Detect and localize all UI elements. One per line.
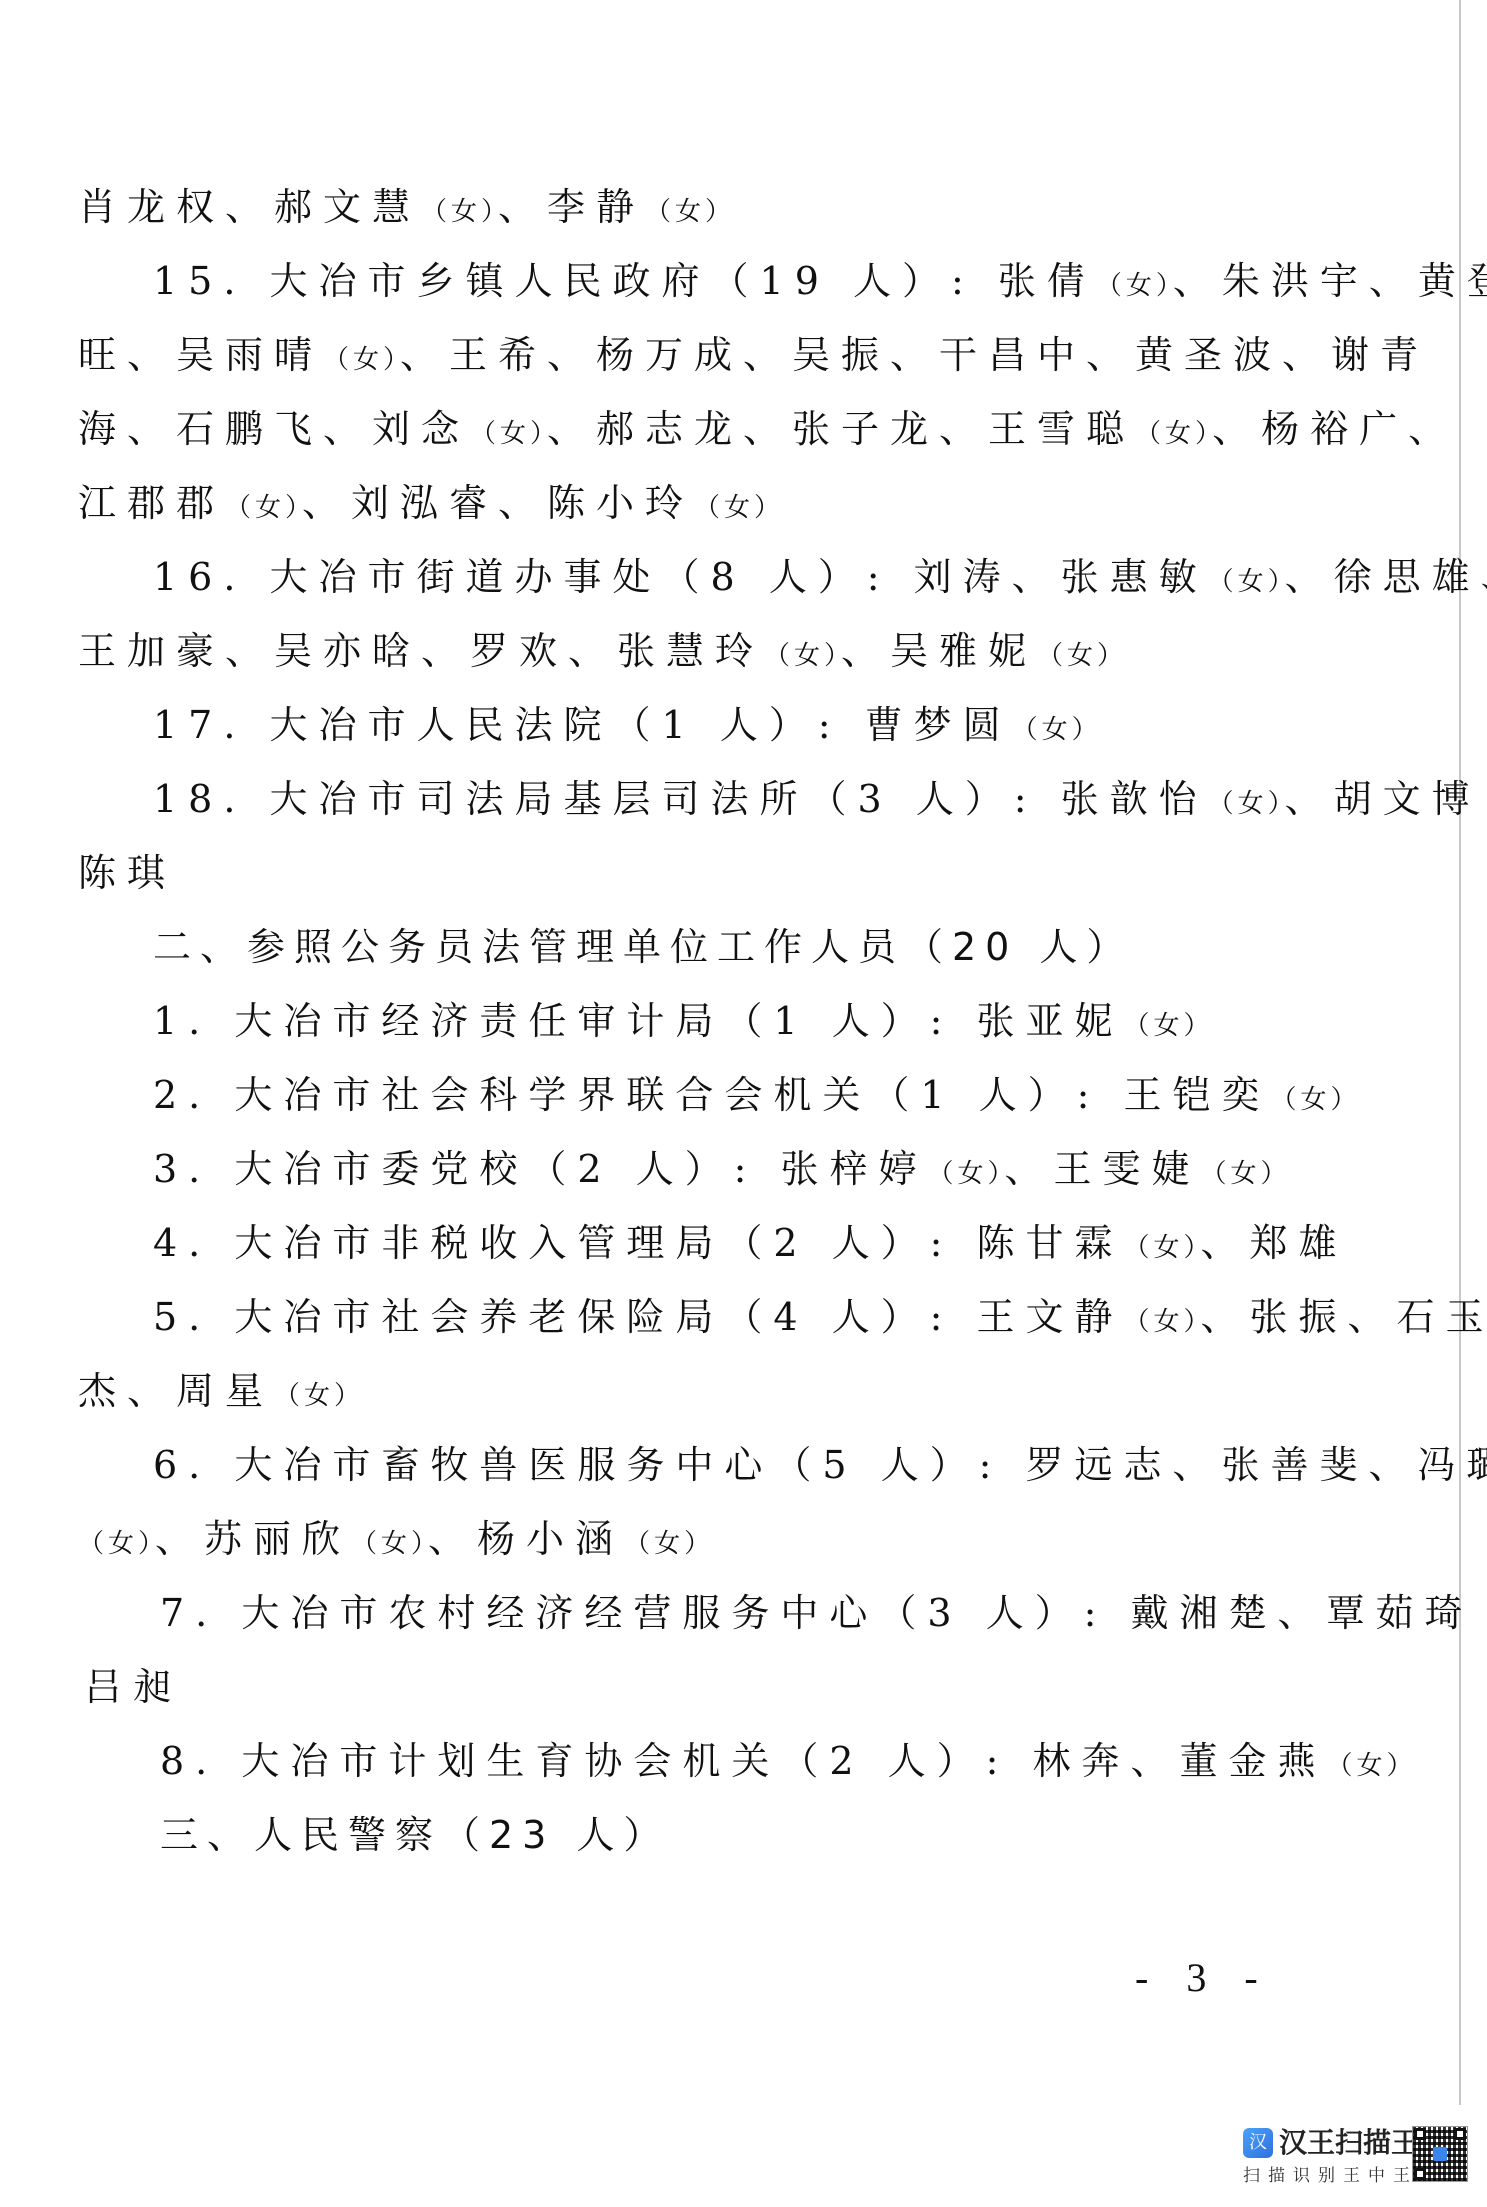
- page-edge-divider: [1459, 0, 1461, 2105]
- gender-annotation: （女）: [694, 493, 784, 523]
- section-heading-3: 三、人民警察（23 人）: [160, 1798, 1228, 1872]
- gender-annotation: （女）: [1201, 1159, 1291, 1189]
- qr-center-logo-icon: [1433, 2147, 1447, 2161]
- hanwang-logo-icon: 汉: [1243, 2128, 1273, 2158]
- gender-annotation: （女）: [624, 1529, 714, 1559]
- gender-annotation: （女）: [1123, 1233, 1200, 1263]
- document-page: 肖龙权、郝文慧（女）、李静（女） 15. 大冶市乡镇人民政府（19 人）: 张倩…: [0, 0, 1487, 2207]
- page-number: - 3 -: [1135, 1948, 1272, 2008]
- gender-annotation: （女）: [1208, 567, 1285, 597]
- gender-annotation: （女）: [351, 1529, 428, 1559]
- gender-annotation: （女）: [764, 641, 841, 671]
- gender-annotation: （女）: [1135, 419, 1212, 449]
- gender-annotation: （女）: [470, 419, 547, 449]
- list-item-1: 1. 大冶市经济责任审计局（1 人）: 张亚妮（女）: [153, 984, 1228, 1058]
- gender-annotation: （女）: [1326, 1751, 1416, 1781]
- list-item-2: 2. 大冶市社会科学界联合会机关（1 人）: 王铠奕（女）: [153, 1058, 1228, 1132]
- text-line: 江郡郡（女）、刘泓睿、陈小玲（女）: [78, 466, 1228, 540]
- gender-annotation: （女）: [927, 1159, 1004, 1189]
- gender-annotation: （女）: [1208, 789, 1285, 819]
- gender-annotation: （女）: [645, 197, 735, 227]
- qr-finder-icon: [1414, 2168, 1426, 2180]
- qr-finder-icon: [1414, 2128, 1426, 2140]
- list-item-15: 15. 大冶市乡镇人民政府（19 人）: 张倩（女）、朱洪宇、黄登: [153, 244, 1228, 318]
- list-item-5: 5. 大冶市社会养老保险局（4 人）: 王文静（女）、张振、石玉: [153, 1280, 1228, 1354]
- text-line: 海、石鹏飞、刘念（女）、郝志龙、张子龙、王雪聪（女）、杨裕广、: [78, 392, 1228, 466]
- gender-annotation: （女）: [274, 1381, 364, 1411]
- gender-annotation: （女）: [421, 197, 498, 227]
- text-line: 王加豪、吴亦晗、罗欢、张慧玲（女）、吴雅妮（女）: [78, 614, 1228, 688]
- text-line: （女）、苏丽欣（女）、杨小涵（女）: [78, 1502, 1228, 1576]
- gender-annotation: （女）: [1473, 1603, 1487, 1633]
- qr-code-icon: [1412, 2126, 1468, 2182]
- list-item-16: 16. 大冶市街道办事处（8 人）: 刘涛、张惠敏（女）、徐思雄、: [153, 540, 1228, 614]
- list-item-18: 18. 大冶市司法局基层司法所（3 人）: 张歆怡（女）、胡文博（女）、: [153, 762, 1228, 836]
- text-line: 肖龙权、郝文慧（女）、李静（女）: [78, 170, 1228, 244]
- list-item-6: 6. 大冶市畜牧兽医服务中心（5 人）: 罗远志、张善斐、冯璐: [153, 1428, 1228, 1502]
- section-heading-2: 二、参照公务员法管理单位工作人员（20 人）: [153, 910, 1228, 984]
- gender-annotation: （女）: [225, 493, 302, 523]
- list-item-8: 8. 大冶市计划生育协会机关（2 人）: 林奔、董金燕（女）: [160, 1724, 1228, 1798]
- gender-annotation: （女）: [323, 345, 400, 375]
- qr-finder-icon: [1454, 2128, 1466, 2140]
- gender-annotation: （女）: [1037, 641, 1127, 671]
- gender-annotation: （女）: [1270, 1085, 1360, 1115]
- text-line: 吕昶: [84, 1650, 1234, 1724]
- list-item-4: 4. 大冶市非税收入管理局（2 人）: 陈甘霖（女）、郑雄: [153, 1206, 1228, 1280]
- watermark-title: 汉王扫描王: [1279, 2124, 1419, 2162]
- text-line: 旺、吴雨晴（女）、王希、杨万成、吴振、干昌中、黄圣波、谢青: [78, 318, 1228, 392]
- gender-annotation: （女）: [1123, 1011, 1213, 1041]
- watermark-subtitle: 扫描识别王中王: [1243, 2164, 1418, 2188]
- gender-annotation: （女）: [1012, 715, 1102, 745]
- gender-annotation: （女）: [1123, 1307, 1200, 1337]
- list-item-7: 7. 大冶市农村经济经营服务中心（3 人）: 戴湘楚、覃茹琦（女）、: [160, 1576, 1228, 1650]
- gender-annotation: （女）: [78, 1529, 155, 1559]
- text-line: 陈琪: [78, 836, 1228, 910]
- list-item-3: 3. 大冶市委党校（2 人）: 张梓婷（女）、王雯婕（女）: [153, 1132, 1228, 1206]
- gender-annotation: （女）: [1481, 789, 1487, 819]
- list-item-17: 17. 大冶市人民法院（1 人）: 曹梦圆（女）: [153, 688, 1228, 762]
- text-line: 杰、周星（女）: [78, 1354, 1228, 1428]
- gender-annotation: （女）: [1096, 271, 1173, 301]
